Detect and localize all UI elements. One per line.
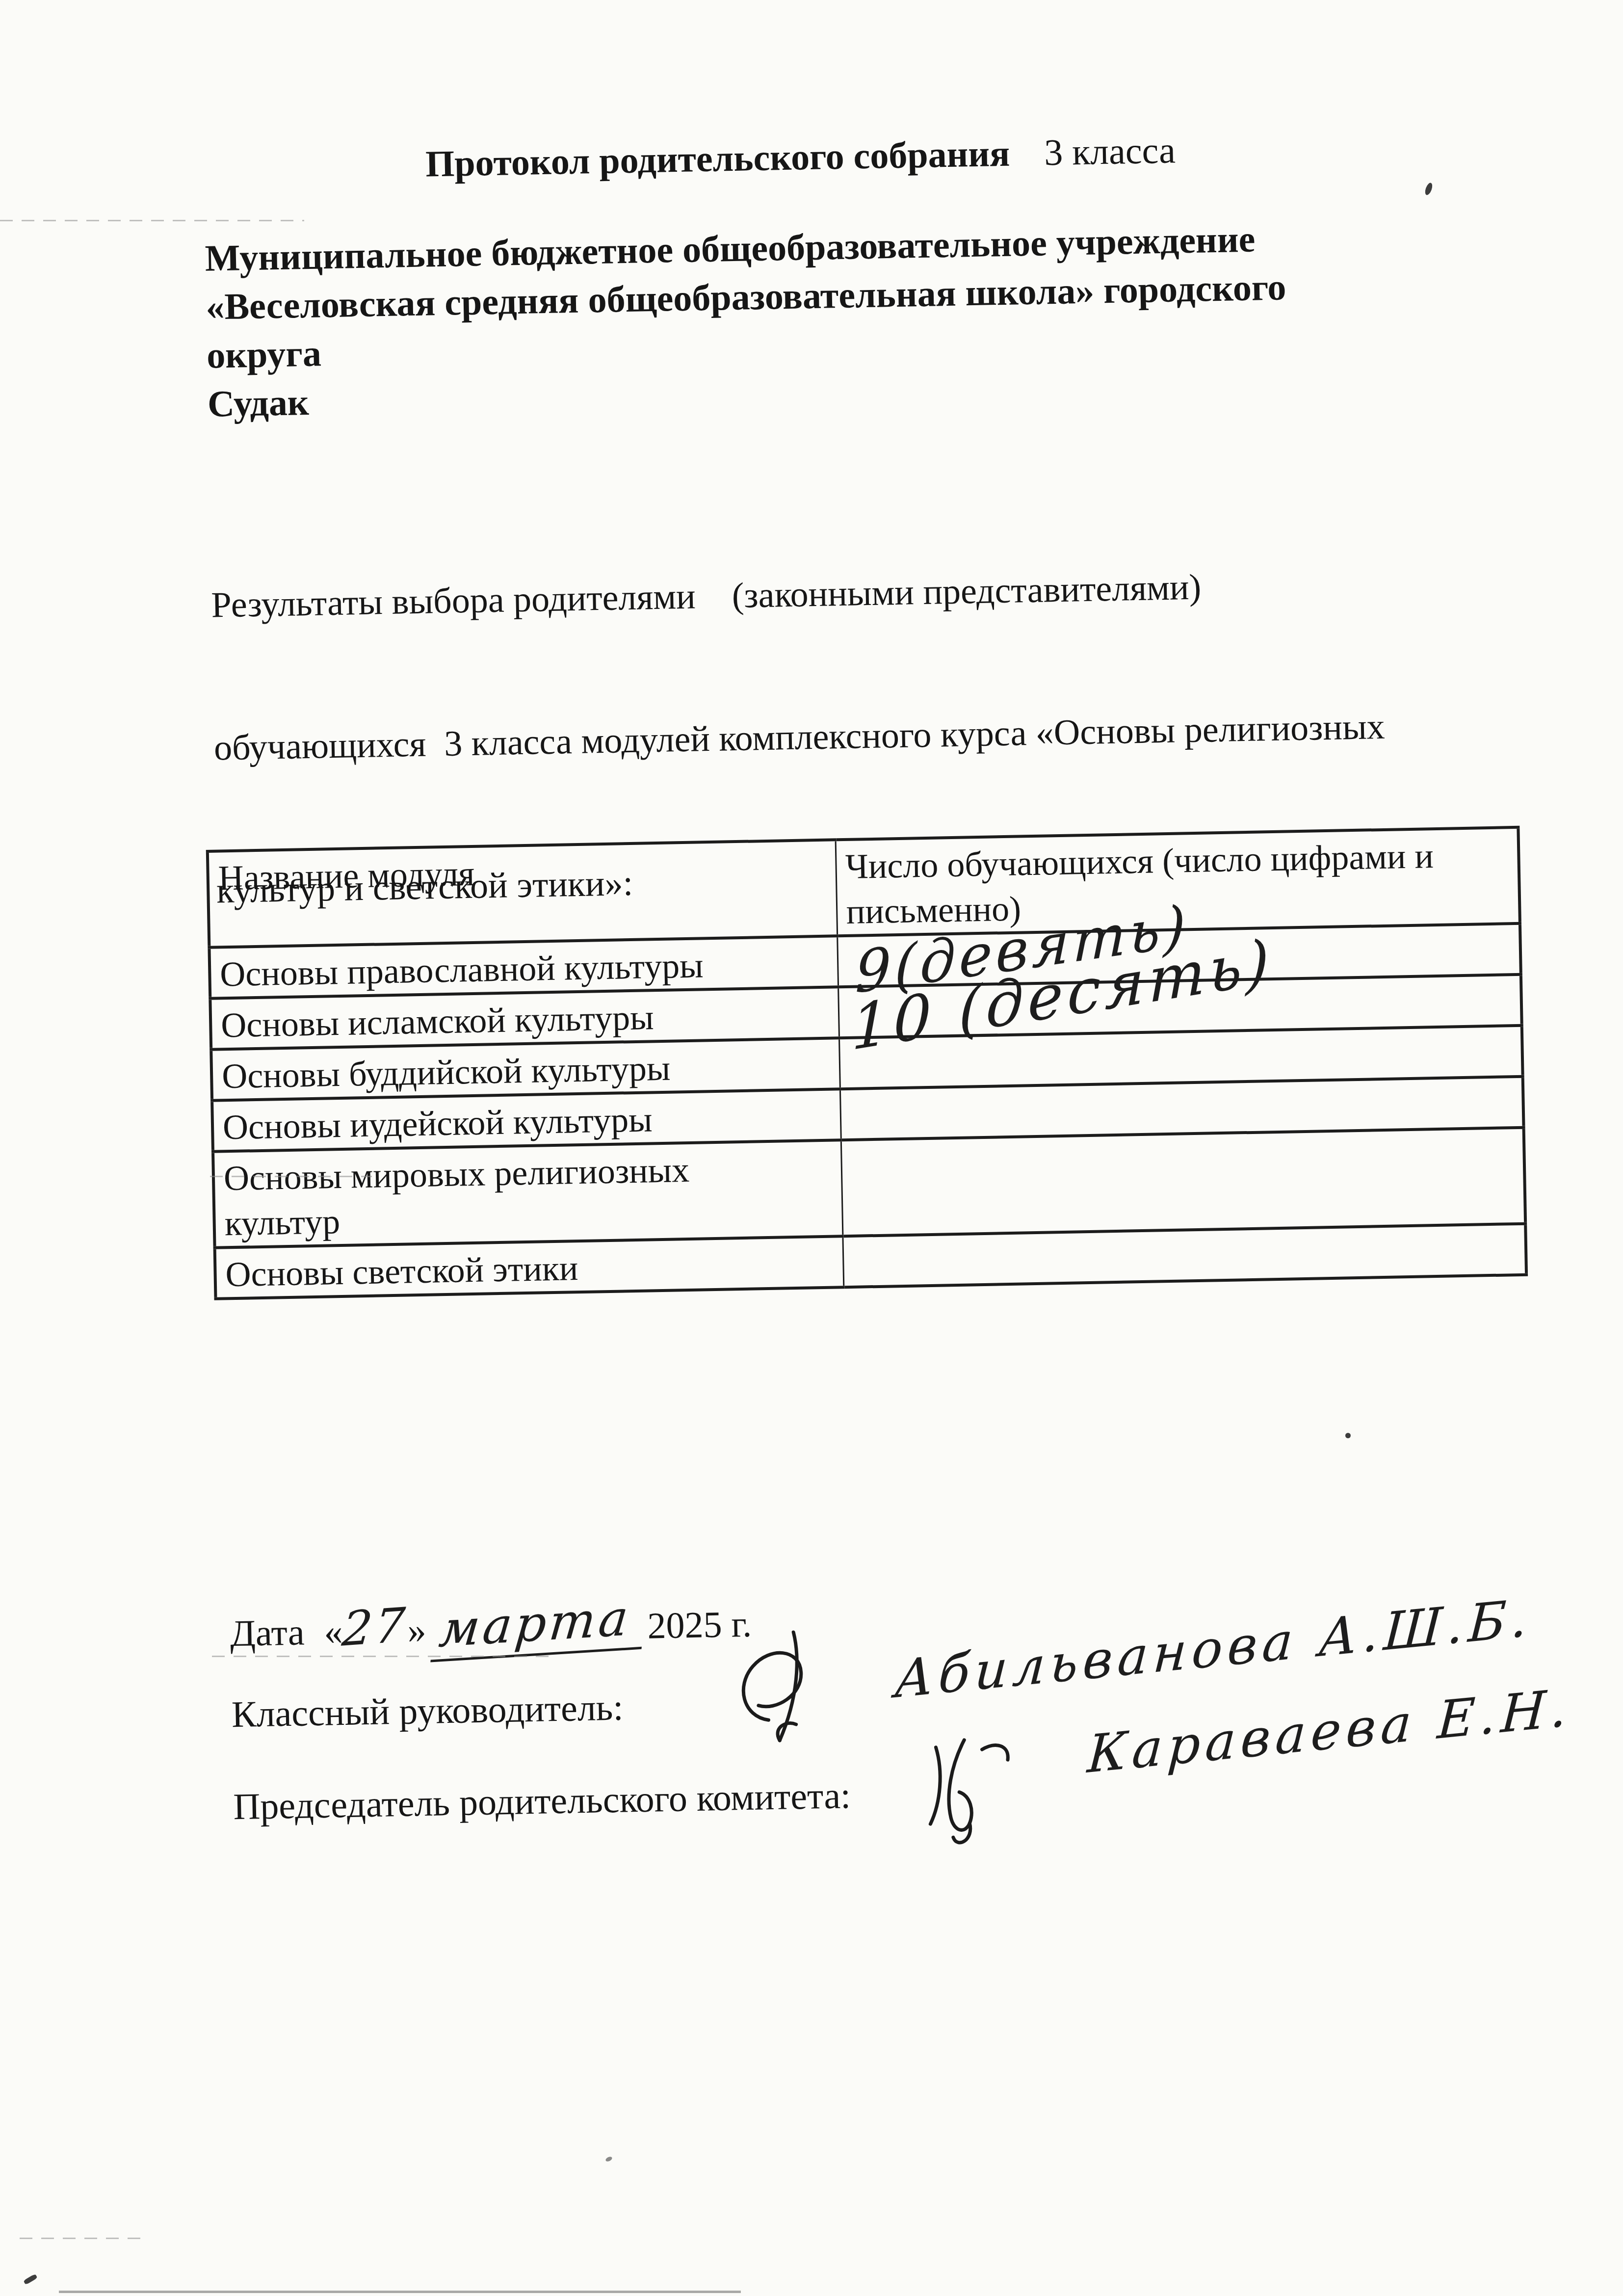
- class-teacher-signature: [720, 1622, 869, 1747]
- modules-table: Название модуля Число обучающихся (число…: [206, 826, 1528, 1300]
- document-content: Протокол родительского собрания3 класса …: [0, 0, 1623, 2296]
- committee-chair-name: Караваева Е.Н.: [1086, 1677, 1573, 1785]
- module-name-cell: Основы мировых религиозных культур: [213, 1140, 842, 1247]
- quote-open: «: [324, 1611, 343, 1653]
- count-cell: [841, 1128, 1525, 1236]
- modules-table-wrap: Название модуля Число обучающихся (число…: [206, 826, 1528, 1300]
- handwritten-date-day: 27: [340, 1597, 410, 1657]
- scan-edge-line: [59, 2291, 741, 2293]
- committee-chair-label: Председатель родительского комитета:: [233, 1774, 851, 1828]
- scan-artifact-line: [210, 1176, 372, 1177]
- committee-chair-signature: [913, 1716, 1062, 1851]
- date-label: Дата: [230, 1611, 305, 1654]
- document-title: Протокол родительского собрания: [425, 133, 1010, 185]
- date-line: Дата«27»марта2025 г.: [230, 1591, 752, 1661]
- class-teacher-label: Классный руководитель:: [231, 1687, 624, 1737]
- module-name-cell: Основы светской этики: [215, 1236, 844, 1298]
- organization-name: Муниципальное бюджетное общеобразователь…: [205, 212, 1410, 429]
- scan-artifact-line: [20, 2238, 147, 2239]
- scan-artifact-line: [0, 220, 304, 221]
- scan-artifact-line: [212, 1656, 555, 1657]
- document-title-line: Протокол родительского собрания3 класса: [425, 129, 1176, 185]
- header-module-name: Название модуля: [208, 840, 837, 947]
- quote-close: »: [407, 1610, 427, 1651]
- intro-line: обучающихся 3 класса модулей комплексног…: [213, 700, 1539, 772]
- handwritten-date-month: марта: [430, 1588, 647, 1663]
- scanned-document-page: Протокол родительского собрания3 класса …: [0, 0, 1623, 2296]
- scan-speck: [1345, 1433, 1351, 1438]
- document-title-class: 3 класса: [1044, 130, 1176, 173]
- intro-line: Результаты выбора родителями (законными …: [211, 557, 1536, 629]
